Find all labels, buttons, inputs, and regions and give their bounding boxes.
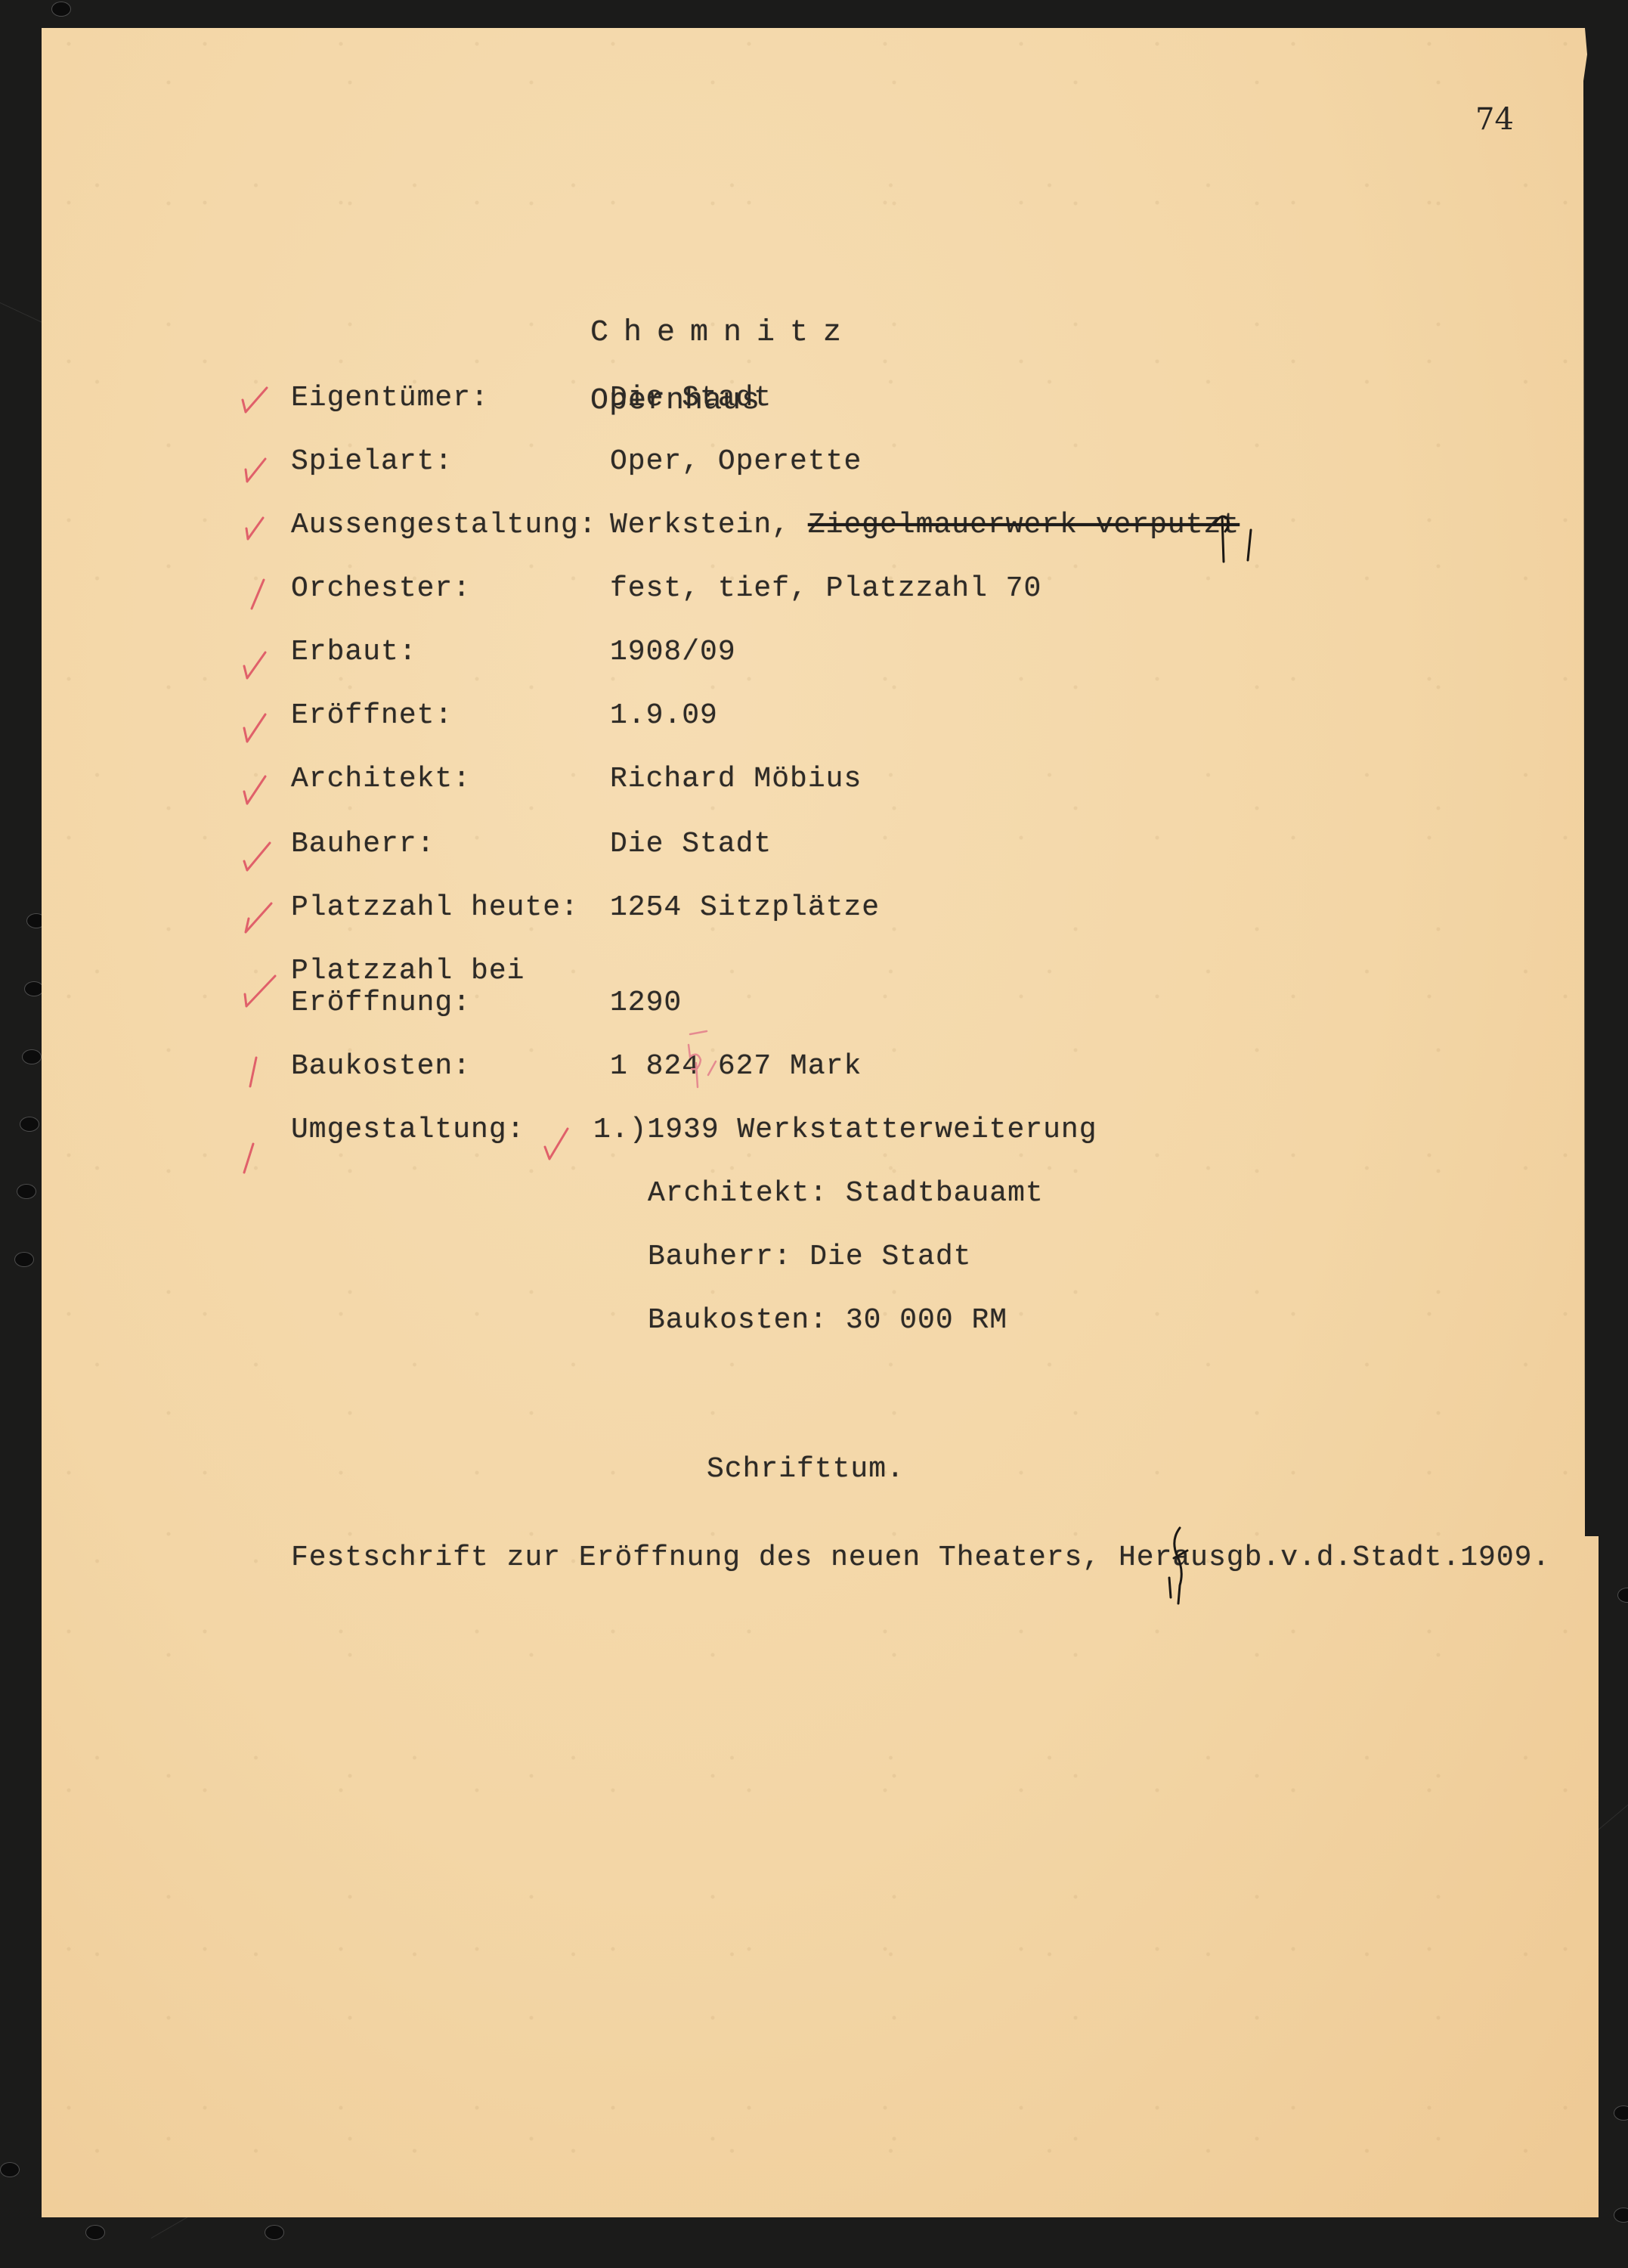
check-mark-icon (242, 510, 277, 545)
field-value-opened: 1.9.09 (610, 699, 718, 732)
field-label-orchestra: Orchester: (291, 572, 471, 605)
check-mark-icon (247, 577, 282, 612)
binder-hole (0, 2162, 20, 2177)
field-label-performance-type: Spielart: (291, 445, 453, 478)
field-label-owner: Eigentümer: (291, 382, 489, 414)
check-mark-icon (240, 383, 274, 418)
binder-hole (20, 1117, 39, 1132)
check-mark-icon (240, 710, 274, 745)
binder-hole (51, 2, 71, 17)
binder-hole (1614, 2105, 1628, 2121)
field-value-exterior: Werkstein, Ziegelmauerwerk verputzt (610, 509, 1240, 541)
field-value-performance-type: Oper, Operette (610, 445, 862, 478)
field-label-built: Erbaut: (291, 636, 417, 668)
title-city: Chemnitz (590, 316, 856, 350)
binder-hole (265, 2225, 284, 2240)
check-mark-icon (240, 1139, 274, 1174)
remodel-architect: Architekt: Stadtbauamt (648, 1177, 1044, 1210)
field-value-architect: Richard Möbius (610, 763, 862, 795)
binder-hole (14, 1252, 34, 1267)
binder-hole (85, 2225, 105, 2240)
check-mark-icon (242, 973, 277, 1008)
field-label-remodel: Umgestaltung: (291, 1114, 525, 1146)
remodel-cost: Baukosten: 30 000 RM (648, 1304, 1007, 1337)
struck-text: Ziegelmauerwerk verputzt (808, 509, 1240, 541)
literature-heading: Schrifttum. (707, 1453, 905, 1486)
check-mark-icon (542, 1126, 577, 1160)
field-value-client: Die Stadt (610, 828, 772, 860)
field-label-opening-seats-line2: Eröffnung: (291, 987, 471, 1019)
field-label-opening-seats-line1: Platzzahl bei (291, 955, 525, 987)
title-spacer (590, 350, 628, 384)
field-label-client: Bauherr: (291, 828, 435, 860)
check-mark-icon (240, 646, 274, 681)
field-label-opened: Eröffnet: (291, 699, 453, 732)
check-mark-icon (241, 451, 276, 486)
field-label-current-seats: Platzzahl heute: (291, 891, 579, 924)
field-value-construction-cost: 1 824 627 Mark (610, 1050, 862, 1083)
remodel-client: Bauherr: Die Stadt (648, 1241, 971, 1273)
binder-hole (1617, 1588, 1628, 1603)
page-number: 74 (1475, 102, 1514, 137)
field-label-construction-cost: Baukosten: (291, 1050, 471, 1083)
check-mark-icon (240, 899, 274, 934)
field-value-built: 1908/09 (610, 636, 736, 668)
field-value-remodel: 1.)1939 Werkstatterweiterung (593, 1114, 1097, 1146)
binder-hole (24, 981, 44, 996)
document-page: 74 Chemnitz Opernhaus Eigentümer: Die St… (42, 28, 1599, 2217)
field-label-architect: Architekt: (291, 763, 471, 795)
check-mark-icon (240, 772, 274, 807)
binder-hole (17, 1184, 36, 1199)
literature-entry: Festschrift zur Eröffnung des neuen Thea… (291, 1541, 1550, 1574)
document-title: Chemnitz Opernhaus (515, 282, 856, 452)
field-value-current-seats: 1254 Sitzplätze (610, 891, 880, 924)
binder-hole (22, 1049, 42, 1064)
field-value-opening-seats: 1290 (610, 987, 682, 1019)
binder-hole (1614, 2208, 1628, 2223)
check-mark-icon (240, 838, 274, 873)
field-value-orchestra: fest, tief, Platzzahl 70 (610, 572, 1041, 605)
check-mark-icon (246, 1053, 280, 1088)
field-value-owner: Die Stadt (610, 382, 772, 414)
field-label-exterior: Aussengestaltung: (291, 509, 597, 541)
exterior-material: Werkstein, (610, 509, 808, 541)
